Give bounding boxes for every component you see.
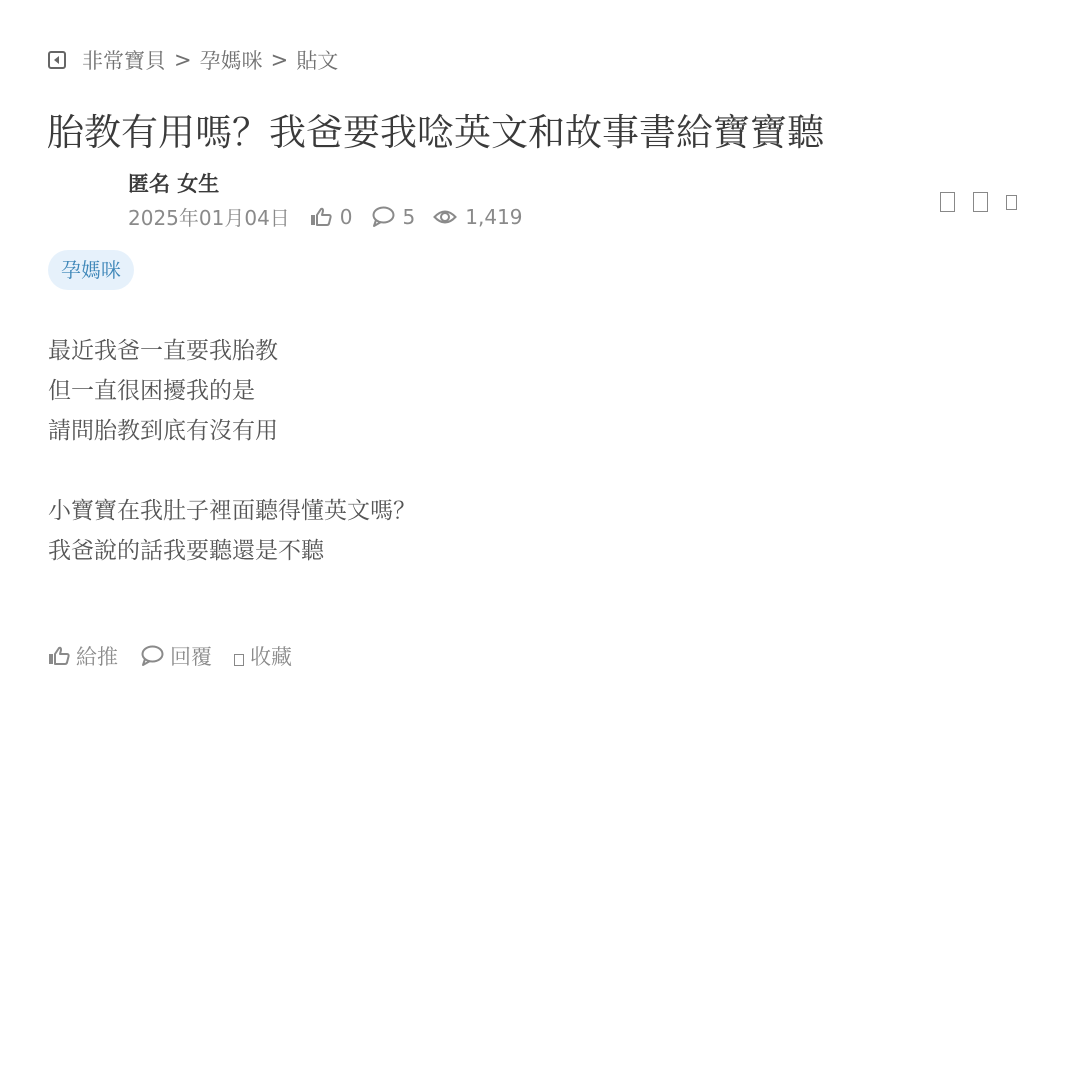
bookmark-button-label: 收藏 — [250, 641, 292, 671]
body-line — [48, 451, 416, 491]
like-count-value: 0 — [340, 205, 353, 229]
breadcrumb-separator: > — [271, 48, 289, 72]
body-line: 我爸說的話我要聽還是不聽 — [48, 531, 416, 571]
category-tag[interactable]: 孕媽咪 — [48, 250, 134, 290]
view-count-value: 1,419 — [465, 205, 522, 229]
like-button[interactable]: 給推 — [48, 641, 118, 671]
comment-count: 5 — [371, 205, 416, 229]
body-line: 但一直很困擾我的是 — [48, 371, 416, 411]
author-name[interactable]: 匿名 女生 — [128, 168, 219, 198]
post-meta: 2025年01月04日 0 5 1,419 — [128, 202, 541, 231]
view-count: 1,419 — [433, 205, 522, 229]
thumbs-up-icon — [48, 646, 70, 666]
breadcrumb-item-board[interactable]: 非常寶貝 — [82, 45, 166, 75]
like-button-label: 給推 — [76, 641, 118, 671]
comment-count-value: 5 — [403, 205, 416, 229]
post-title: 胎教有用嗎？我爸要我唸英文和故事書給寶寶聽 — [47, 102, 824, 156]
bookmark-button[interactable]: 收藏 — [234, 641, 292, 671]
breadcrumb-separator: > — [174, 48, 192, 72]
comment-bubble-icon — [140, 645, 164, 667]
breadcrumb-item-current: 貼文 — [296, 45, 338, 75]
reply-button[interactable]: 回覆 — [140, 641, 212, 671]
comment-bubble-icon — [371, 206, 395, 228]
report-icon[interactable] — [1006, 195, 1017, 210]
post-top-actions — [940, 192, 1017, 212]
post-page: 非常寶貝 > 孕媽咪 > 貼文 胎教有用嗎？我爸要我唸英文和故事書給寶寶聽 匿名… — [0, 0, 1080, 1080]
thumbs-up-icon — [310, 207, 332, 227]
bookmark-icon — [234, 654, 244, 666]
body-line: 最近我爸一直要我胎教 — [48, 331, 416, 371]
post-date: 2025年01月04日 — [128, 202, 290, 231]
share-icon[interactable] — [940, 192, 955, 212]
breadcrumb: 非常寶貝 > 孕媽咪 > 貼文 — [48, 46, 338, 74]
back-icon[interactable] — [48, 51, 66, 69]
body-line: 小寶寶在我肚子裡面聽得懂英文嗎？ — [48, 491, 416, 531]
more-icon[interactable] — [973, 192, 988, 212]
breadcrumb-item-category[interactable]: 孕媽咪 — [200, 45, 263, 75]
reply-button-label: 回覆 — [170, 641, 212, 671]
body-line: 請問胎教到底有沒有用 — [48, 411, 416, 451]
like-count: 0 — [310, 205, 353, 229]
eye-icon — [433, 208, 457, 226]
post-footer-actions: 給推 回覆 收藏 — [48, 641, 314, 671]
post-body: 最近我爸一直要我胎教 但一直很困擾我的是 請問胎教到底有沒有用 小寶寶在我肚子裡… — [48, 331, 416, 571]
